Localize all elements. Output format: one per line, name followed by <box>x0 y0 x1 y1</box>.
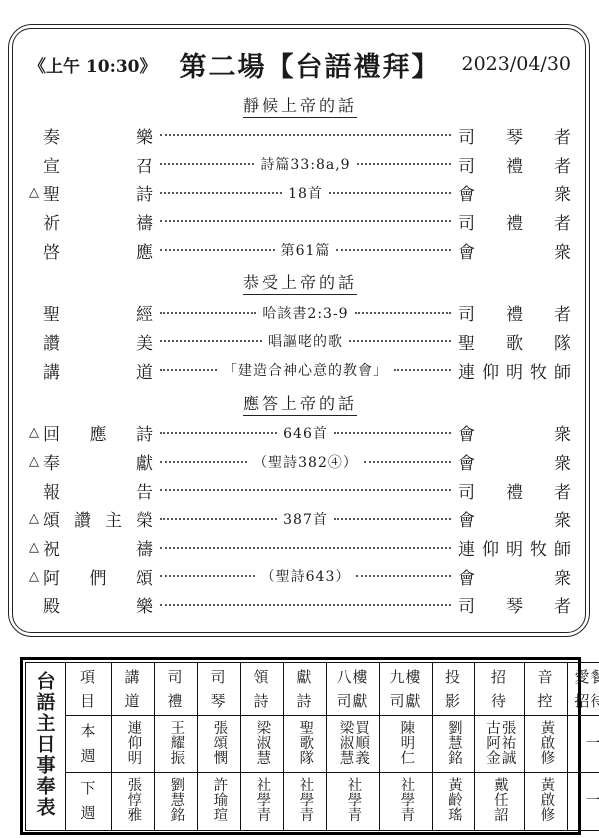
service-date: 2023/04/30 <box>459 53 571 75</box>
program-row: 啓應第61篇會衆 <box>29 236 571 265</box>
row-assignee: 連仰明牧師 <box>458 358 571 383</box>
leader-dots <box>160 312 256 314</box>
row-left: △頌讚主榮 <box>29 506 153 531</box>
roster-name-cell: 張祐誠 古阿金 <box>474 716 524 773</box>
row-prefix: △ <box>29 511 43 526</box>
service-time: 《上午 10:30》 <box>29 52 161 77</box>
roster-row: 下 週張惇雅劉慧銘許瑜瑄社學青社學青社學青社學青黃齡瑤戴任詔黃啟修一 <box>25 773 599 830</box>
row-left: 聖經 <box>29 300 153 325</box>
leader-dots <box>160 547 451 549</box>
row-item-label: 報告 <box>43 478 153 503</box>
row-item-label: 聖經 <box>43 300 153 325</box>
roster-col-header: 八樓 司獻 <box>326 662 379 716</box>
row-prefix: △ <box>29 569 43 584</box>
row-leader: 唱謳咾的歌 <box>158 331 453 351</box>
row-assignee: 司琴者 <box>458 123 571 148</box>
row-left: △阿們頌 <box>29 564 153 589</box>
leader-dots <box>160 461 247 463</box>
row-leader: 387首 <box>158 509 453 529</box>
row-leader <box>158 220 453 222</box>
page: { "header": { "time": "《上午 10:30》", "tit… <box>0 0 599 838</box>
row-assignee: 司琴者 <box>458 592 571 617</box>
roster-name-cell: 陳明仁 <box>379 716 432 773</box>
leader-dots <box>356 575 451 577</box>
row-item-label: 頌讚主榮 <box>43 506 153 531</box>
row-leader: 646首 <box>158 423 453 443</box>
roster-name-text: 張惇雅 <box>125 777 141 822</box>
roster-col-header: 愛餐 招待 <box>567 662 599 716</box>
row-assignee: 連仰明牧師 <box>458 535 571 560</box>
program-row: 殿樂司琴者 <box>29 591 571 620</box>
row-leader: 「建造合神心意的教會」 <box>158 360 453 380</box>
row-prefix: △ <box>29 454 43 469</box>
row-leader: 第61篇 <box>158 240 453 260</box>
row-leader: 詩篇33:8a,9 <box>158 154 453 174</box>
leader-dots <box>355 312 451 314</box>
row-center-text: （聖詩382④） <box>249 452 362 472</box>
roster-name-text: 劉慧銘 <box>168 777 184 822</box>
leader-dots <box>160 432 277 434</box>
roster-col-header: 投 影 <box>432 662 474 716</box>
row-left: 啓應 <box>29 238 153 263</box>
row-left: △回應詩 <box>29 420 153 445</box>
section-heading: 靜候上帝的話 <box>29 87 571 117</box>
leader-dots <box>357 163 451 165</box>
roster-side-title-cell: 台語主日事奉表 <box>25 662 65 830</box>
section-heading-text: 恭受上帝的話 <box>243 273 357 295</box>
section-heading: 應答上帝的話 <box>29 385 571 415</box>
roster-col-header: 司 禮 <box>154 662 197 716</box>
roster-name-text: 張頌憫 <box>211 720 227 765</box>
roster-col-header: 講 道 <box>111 662 154 716</box>
row-assignee: 聖歌隊 <box>458 329 571 354</box>
roster-name-text: 買順義 梁淑慧 <box>337 720 368 765</box>
roster-name-text: 社學青 <box>398 777 414 822</box>
leader-dots <box>160 340 262 342</box>
row-prefix: △ <box>29 540 43 555</box>
roster-period-cell: 本 週 <box>65 716 111 773</box>
roster-name-text: 社學青 <box>345 777 361 822</box>
row-leader: （聖詩643） <box>158 566 453 586</box>
worship-header: 《上午 10:30》 第二場【台語禮拜】 2023/04/30 <box>29 41 571 87</box>
leader-dots <box>160 220 451 222</box>
row-left: 宣召 <box>29 152 153 177</box>
roster-name-cell: 連仰明 <box>111 716 154 773</box>
program-row: 報告司禮者 <box>29 476 571 505</box>
leader-dots <box>160 518 277 520</box>
row-center-text: 第61篇 <box>277 240 335 260</box>
row-item-label: 回應詩 <box>43 420 153 445</box>
worship-order-inner: 《上午 10:30》 第二場【台語禮拜】 2023/04/30 靜候上帝的話奏樂… <box>12 28 586 633</box>
row-center-text: 646首 <box>279 423 332 443</box>
roster-name-text: 陳明仁 <box>398 720 414 765</box>
row-left: 報告 <box>29 478 153 503</box>
roster-name-text: 劉慧銘 <box>445 720 461 765</box>
roster-name-cell: 社學青 <box>283 773 326 830</box>
leader-dots <box>394 369 451 371</box>
row-left: 講道 <box>29 358 153 383</box>
row-leader <box>158 604 453 606</box>
row-assignee: 司禮者 <box>458 300 571 325</box>
program-row: 讚美唱謳咾的歌聖歌隊 <box>29 327 571 356</box>
roster-name-text: 黃啟修 <box>538 777 554 822</box>
leader-dots <box>160 604 451 606</box>
roster-name-text: 一 <box>583 792 599 807</box>
row-center-text: 387首 <box>279 509 332 529</box>
leader-dots <box>349 340 451 342</box>
row-leader: 18首 <box>158 183 453 203</box>
row-item-label: 講道 <box>43 358 153 383</box>
row-center-text: 哈該書2:3-9 <box>258 303 352 323</box>
roster-name-text: 聖歌隊 <box>297 720 313 765</box>
row-item-label: 祝禱 <box>43 535 153 560</box>
program-row: △回應詩646首會衆 <box>29 419 571 448</box>
leader-dots <box>160 489 451 491</box>
roster-name-cell: 聖歌隊 <box>283 716 326 773</box>
row-assignee: 會衆 <box>458 420 571 445</box>
leader-dots <box>336 249 451 251</box>
program-row: △阿們頌（聖詩643）會衆 <box>29 562 571 591</box>
row-left: 奏樂 <box>29 123 153 148</box>
roster-name-cell: 黃啟修 <box>524 773 567 830</box>
row-center-text: 唱謳咾的歌 <box>264 331 347 351</box>
program-row: △聖詩18首會衆 <box>29 178 571 207</box>
duty-roster: 台語主日事奉表 項 目講 道司 禮司 琴領 詩獻 詩八樓 司獻九樓 司獻投 影招… <box>20 657 581 835</box>
roster-col-header: 九樓 司獻 <box>379 662 432 716</box>
row-item-label: 奉獻 <box>43 449 153 474</box>
leader-dots <box>364 461 451 463</box>
program-row: △奉獻（聖詩382④）會衆 <box>29 447 571 476</box>
roster-name-cell: 黃啟修 <box>524 716 567 773</box>
program-row: 宣召詩篇33:8a,9司禮者 <box>29 150 571 179</box>
roster-name-cell: 買順義 梁淑慧 <box>326 716 379 773</box>
row-left: 祈禱 <box>29 209 153 234</box>
program-row: 聖經哈該書2:3-9司禮者 <box>29 298 571 327</box>
program-row: △祝禱連仰明牧師 <box>29 533 571 562</box>
section-heading-text: 應答上帝的話 <box>243 394 357 416</box>
roster-name-text: 社學青 <box>297 777 313 822</box>
roster-side-title: 台語主日事奉表 <box>32 671 59 818</box>
roster-name-cell: 一 <box>567 716 599 773</box>
roster-name-cell: 張頌憫 <box>197 716 240 773</box>
roster-name-cell: 許瑜瑄 <box>197 773 240 830</box>
roster-name-text: 一 <box>583 735 599 750</box>
roster-name-text: 許瑜瑄 <box>211 777 227 822</box>
roster-name-cell: 黃齡瑤 <box>432 773 474 830</box>
row-leader: 哈該書2:3-9 <box>158 303 453 323</box>
row-item-label: 阿們頌 <box>43 564 153 589</box>
leader-dots <box>160 369 217 371</box>
row-assignee: 會衆 <box>458 180 571 205</box>
leader-dots <box>160 134 451 136</box>
leader-dots <box>160 575 255 577</box>
row-item-label: 奏樂 <box>43 123 153 148</box>
roster-col-header: 音 控 <box>524 662 567 716</box>
row-left: △祝禱 <box>29 535 153 560</box>
row-item-label: 祈禱 <box>43 209 153 234</box>
row-item-label: 宣召 <box>43 152 153 177</box>
row-assignee: 司禮者 <box>458 478 571 503</box>
roster-col-header: 領 詩 <box>240 662 283 716</box>
roster-name-cell: 劉慧銘 <box>432 716 474 773</box>
roster-name-text: 戴任詔 <box>491 777 507 822</box>
roster-name-text: 張祐誠 古阿金 <box>483 720 514 765</box>
service-title: 第二場【台語禮拜】 <box>161 45 459 84</box>
roster-name-text: 社學青 <box>254 777 270 822</box>
leader-dots <box>160 163 254 165</box>
program-row: 祈禱司禮者 <box>29 207 571 236</box>
row-item-label: 聖詩 <box>43 180 153 205</box>
row-assignee: 會衆 <box>458 238 571 263</box>
roster-name-text: 黃齡瑤 <box>445 777 461 822</box>
roster-name-cell: 王耀振 <box>154 716 197 773</box>
row-leader: （聖詩382④） <box>158 452 453 472</box>
row-assignee: 司禮者 <box>458 152 571 177</box>
roster-col-header: 項 目 <box>65 662 111 716</box>
row-center-text: 詩篇33:8a,9 <box>256 154 354 174</box>
roster-name-cell: 社學青 <box>379 773 432 830</box>
roster-name-cell: 戴任詔 <box>474 773 524 830</box>
leader-dots <box>334 432 451 434</box>
roster-name-cell: 梁淑慧 <box>240 716 283 773</box>
roster-name-text: 梁淑慧 <box>254 720 270 765</box>
roster-name-text: 王耀振 <box>168 720 184 765</box>
roster-col-header: 獻 詩 <box>283 662 326 716</box>
row-assignee: 司禮者 <box>458 209 571 234</box>
roster-name-text: 黃啟修 <box>538 720 554 765</box>
row-center-text: 「建造合神心意的教會」 <box>219 360 392 380</box>
row-item-label: 讚美 <box>43 329 153 354</box>
roster-col-header: 招 待 <box>474 662 524 716</box>
section-heading-text: 靜候上帝的話 <box>243 96 357 118</box>
leader-dots <box>160 192 282 194</box>
roster-col-header: 司 琴 <box>197 662 240 716</box>
program-row: △頌讚主榮387首會衆 <box>29 505 571 534</box>
section-heading: 恭受上帝的話 <box>29 264 571 294</box>
row-assignee: 會衆 <box>458 506 571 531</box>
row-item-label: 殿樂 <box>43 592 153 617</box>
roster-name-cell: 劉慧銘 <box>154 773 197 830</box>
row-left: △聖詩 <box>29 180 153 205</box>
row-left: △奉獻 <box>29 449 153 474</box>
leader-dots <box>160 249 275 251</box>
row-assignee: 會衆 <box>458 449 571 474</box>
roster-name-cell: 張惇雅 <box>111 773 154 830</box>
row-leader <box>158 134 453 136</box>
row-prefix: △ <box>29 185 43 200</box>
leader-dots <box>329 192 451 194</box>
row-leader <box>158 489 453 491</box>
row-item-label: 啓應 <box>43 238 153 263</box>
roster-table: 台語主日事奉表 項 目講 道司 禮司 琴領 詩獻 詩八樓 司獻九樓 司獻投 影招… <box>25 662 599 831</box>
roster-period-cell: 下 週 <box>65 773 111 830</box>
row-center-text: （聖詩643） <box>257 566 355 586</box>
program-row: 講道「建造合神心意的教會」連仰明牧師 <box>29 356 571 385</box>
row-assignee: 會衆 <box>458 564 571 589</box>
leader-dots <box>334 518 451 520</box>
program: 靜候上帝的話奏樂司琴者宣召詩篇33:8a,9司禮者△聖詩18首會衆祈禱司禮者啓應… <box>29 87 571 619</box>
row-leader <box>158 547 453 549</box>
roster-row: 本 週連仰明王耀振張頌憫梁淑慧聖歌隊買順義 梁淑慧陳明仁劉慧銘張祐誠 古阿金黃啟… <box>25 716 599 773</box>
row-prefix: △ <box>29 425 43 440</box>
row-center-text: 18首 <box>284 183 327 203</box>
worship-order-box: 《上午 10:30》 第二場【台語禮拜】 2023/04/30 靜候上帝的話奏樂… <box>8 24 590 637</box>
row-left: 殿樂 <box>29 592 153 617</box>
roster-name-cell: 社學青 <box>326 773 379 830</box>
roster-name-cell: 社學青 <box>240 773 283 830</box>
roster-name-text: 連仰明 <box>125 720 141 765</box>
roster-name-cell: 一 <box>567 773 599 830</box>
program-row: 奏樂司琴者 <box>29 121 571 150</box>
roster-header-row: 台語主日事奉表 項 目講 道司 禮司 琴領 詩獻 詩八樓 司獻九樓 司獻投 影招… <box>25 662 599 716</box>
row-left: 讚美 <box>29 329 153 354</box>
